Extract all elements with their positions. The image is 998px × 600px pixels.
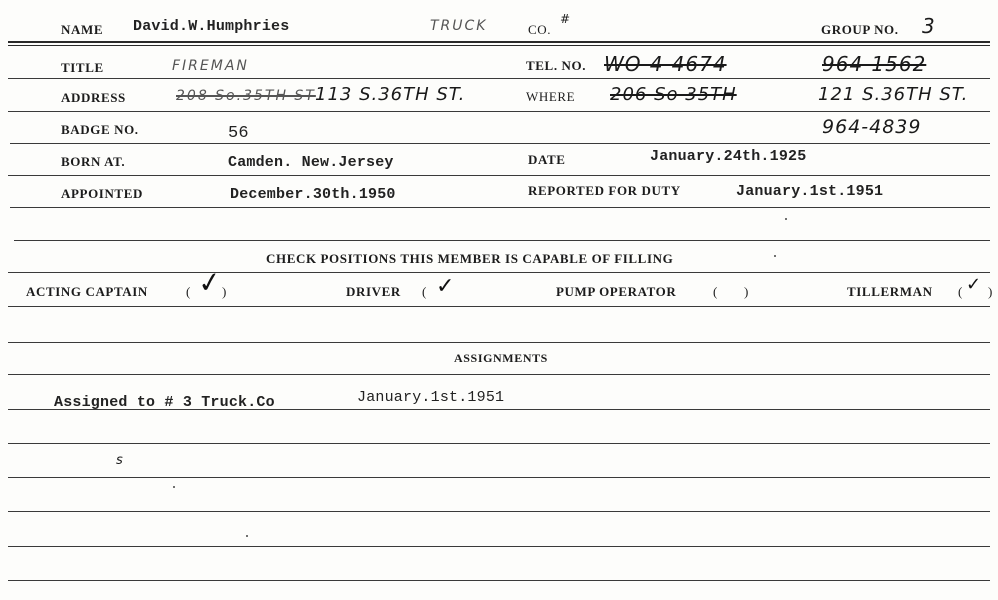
- born-label: BORN AT.: [61, 154, 125, 170]
- group-value: 3: [922, 14, 936, 38]
- double-rule-bottom: [8, 45, 990, 46]
- rule-title: [8, 78, 990, 79]
- rule-positions: [8, 306, 990, 307]
- rule-assignment-4: [8, 511, 990, 512]
- company-number: #: [560, 12, 571, 26]
- position-label: TILLERMAN: [847, 284, 933, 300]
- rule-appointed: [10, 207, 990, 208]
- address-old: 208 So.35TH ST: [176, 88, 316, 104]
- tel-old-2: 964-1562: [822, 52, 926, 76]
- rule-assignment-3: [8, 477, 990, 478]
- where-old: 206 So 35TH: [610, 84, 737, 105]
- assignment-date: January.1st.1951: [357, 389, 504, 406]
- double-rule-top: [8, 41, 990, 43]
- reported-label: REPORTED FOR DUTY: [528, 183, 681, 199]
- title-label: TITLE: [61, 60, 104, 76]
- positions-heading: CHECK POSITIONS THIS MEMBER IS CAPABLE O…: [266, 251, 673, 267]
- checkmark-icon[interactable]: ✓: [436, 274, 454, 299]
- name-label: NAME: [61, 22, 103, 38]
- name-value: David.W.Humphries: [133, 18, 289, 35]
- paren-open: (: [186, 284, 191, 300]
- appointed-value: December.30th.1950: [230, 186, 396, 203]
- company-handwritten: TRUCK: [430, 18, 487, 34]
- title-value: FIREMAN: [172, 58, 249, 74]
- group-label: GROUP NO.: [821, 22, 899, 38]
- rule-assignment-1: [8, 409, 990, 410]
- paren-close: ): [744, 284, 749, 300]
- checkmark-icon[interactable]: ✓: [966, 274, 981, 295]
- checkmark-icon[interactable]: ✓: [196, 265, 224, 301]
- rule-blank-1: [14, 240, 990, 241]
- tel-old-1: WO-4-4674: [604, 52, 727, 76]
- where-label: WHERE: [526, 89, 575, 105]
- personnel-record-card: NAME David.W.Humphries TRUCK CO. # GROUP…: [0, 0, 998, 600]
- position-label: DRIVER: [346, 284, 401, 300]
- date-value: January.24th.1925: [650, 148, 806, 165]
- assignments-heading: ASSIGNMENTS: [454, 351, 548, 366]
- rule-blank-2: [8, 342, 990, 343]
- badge-value: 56: [228, 124, 249, 143]
- rule-assignment-6: [8, 580, 990, 581]
- badge-label: BADGE NO.: [61, 122, 139, 138]
- rule-born: [8, 175, 990, 176]
- appointed-label: APPOINTED: [61, 186, 143, 202]
- rule-assignments-heading: [8, 374, 990, 375]
- paren-open: (: [422, 284, 427, 300]
- company-label: CO.: [528, 22, 551, 38]
- paren-close: ): [222, 284, 227, 300]
- rule-badge: [10, 143, 990, 144]
- scan-speck: [173, 486, 175, 488]
- reported-value: January.1st.1951: [736, 183, 883, 200]
- born-value: Camden. New.Jersey: [228, 154, 394, 171]
- scan-speck: [774, 255, 776, 257]
- address-new: 113 S.36TH ST.: [315, 84, 465, 105]
- paren-open: (: [958, 284, 963, 300]
- scan-speck: [246, 535, 248, 537]
- rule-address: [8, 111, 990, 112]
- tel-label: TEL. NO.: [526, 58, 586, 74]
- rule-positions-heading: [8, 272, 990, 273]
- position-label: ACTING CAPTAIN: [26, 284, 148, 300]
- stray-mark: s: [116, 453, 124, 468]
- rule-assignment-2: [8, 443, 990, 444]
- tel-new: 964-4839: [822, 116, 921, 138]
- paren-open: (: [713, 284, 718, 300]
- paren-close: ): [988, 284, 993, 300]
- rule-assignment-5: [8, 546, 990, 547]
- scan-speck: [785, 218, 787, 220]
- position-label: PUMP OPERATOR: [556, 284, 676, 300]
- where-new: 121 S.36TH ST.: [818, 84, 968, 105]
- date-label: DATE: [528, 152, 566, 168]
- address-label: ADDRESS: [61, 90, 126, 106]
